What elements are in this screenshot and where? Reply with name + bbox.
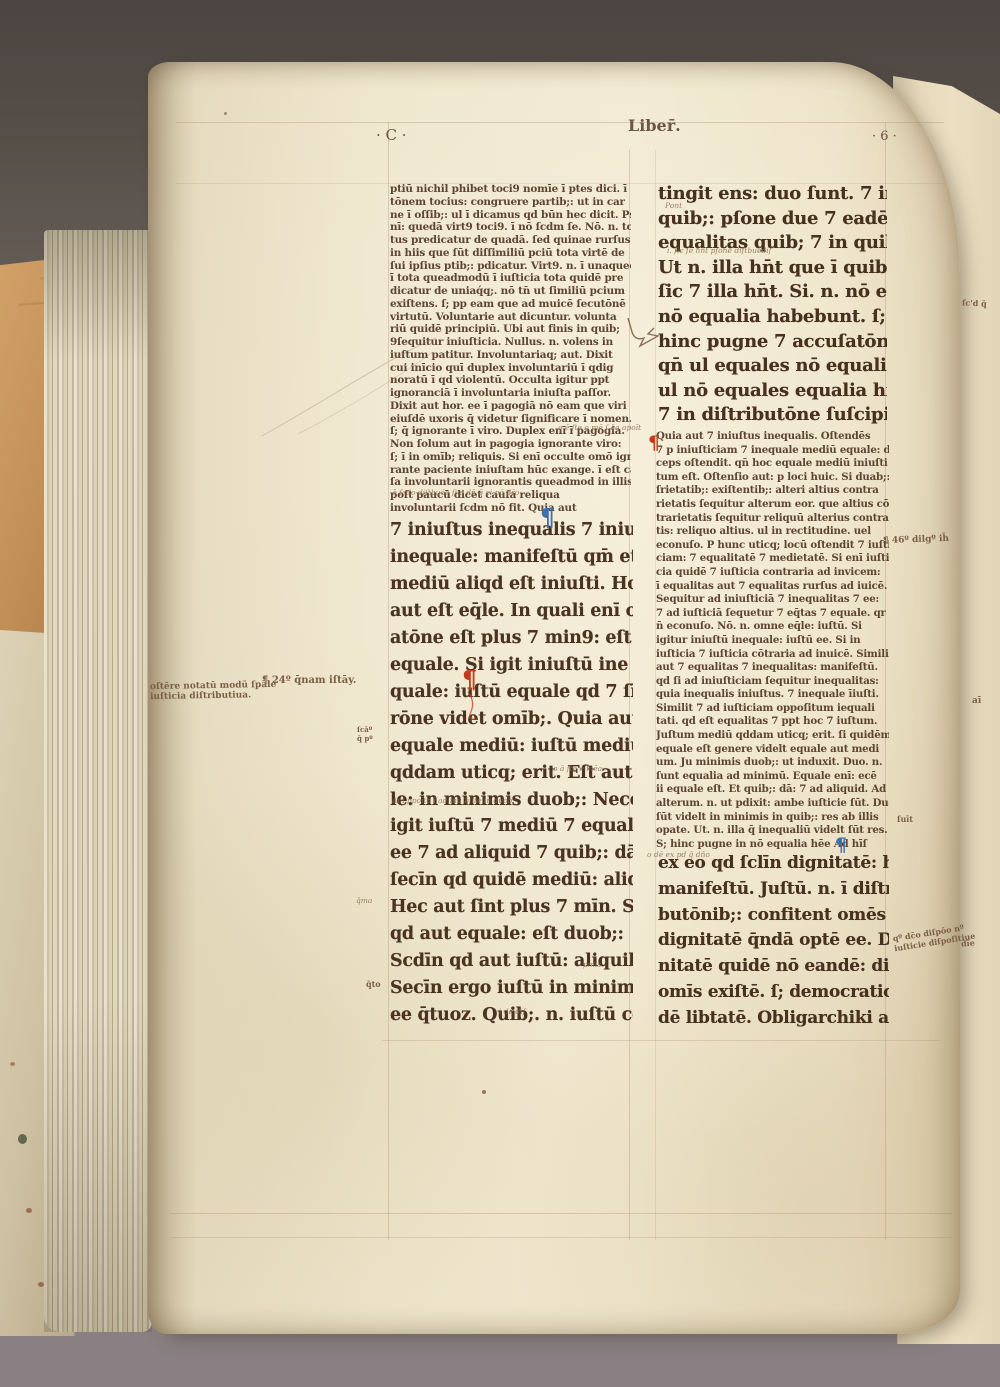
interlinear-gloss: pmis <box>583 960 601 969</box>
manuscript-photo: · C · Liber̄. · 6 · ptiū nichil phibet t… <box>0 0 1000 1387</box>
text-line: ſecīn qd quidē mediū: aliqr̄; <box>390 867 633 894</box>
margin-note-line: aī <box>972 696 981 706</box>
interlinear-gloss: o ē ſte o mē ſ q̄a apoīt <box>558 423 641 432</box>
ruling-line-horizontal <box>382 1040 940 1041</box>
paraph-mark: ¶ <box>462 668 477 692</box>
text-line: dignitatē q̄ndā optē ee. Dig <box>658 928 889 954</box>
text-line: ſunt equalia ad minimū. Equale enī: ecē <box>656 770 889 784</box>
spine-spot <box>10 1062 15 1066</box>
text-line: ceps oſtendit. qn̄ hoc equale mediū iniu… <box>656 457 889 471</box>
text-line: quale: iuſtū equale qd 7 ſī <box>390 679 633 706</box>
text-line: ii equale eſt. Et quib;: dā: 7 ad aliqui… <box>656 783 889 797</box>
text-line: rōne videt omīb;. Quia aut <box>390 706 633 733</box>
spine-spot <box>18 1134 27 1144</box>
text-line: ſic 7 illa hn̄t. Si. n. nō eq̄les: <box>658 280 887 305</box>
text-line: nitatē quidē nō eandē: dicūt <box>658 954 889 980</box>
text-line: econuſo. P hunc uticq; locū oſtendit 7 i… <box>656 539 889 553</box>
text-line: iuſtum patitur. Involuntariaq; aut. Dixi… <box>390 349 631 362</box>
text-line: Dixit aut hor. ee ī pagogiā nō eam que v… <box>390 400 631 413</box>
margin-note-line: ſuīt <box>897 814 913 824</box>
text-line: um. Ju minimis duob;: ut induxit. Duo. n… <box>656 756 889 770</box>
text-line: qd aut equale: eſt duob;: <box>390 921 633 948</box>
text-line: rietatis ſequitur alterum eor. que altiu… <box>656 498 889 512</box>
text-line: n̄ econuſo. Nō. n. omne eq̄le: iuſtū. Si <box>656 620 889 634</box>
text-line: quia inequalis iniuſtus. 7 inequale īiuſ… <box>656 688 889 702</box>
text-line: ſūt videlt in minimis in quib;: res ab i… <box>656 811 889 825</box>
text-line: butōnib;: confitent omēs ſ <box>658 903 889 929</box>
margin-note: aī <box>972 696 981 706</box>
text-line: trarietatis ſequitur reliquū alterius co… <box>656 512 889 526</box>
text-line: tus predicatur de quadā. ſed quinae rurſ… <box>390 234 631 247</box>
spine-spot <box>26 1208 32 1213</box>
text-line: inequale: manifeſtū qm̄ et <box>390 544 633 571</box>
header-column-mark: · C · <box>376 126 407 144</box>
text-line: rante paciente iniuſtam hūc exange. ī eſ… <box>390 464 631 477</box>
text-line: cui inīcio quī duplex involuntariū ī qdi… <box>390 362 631 375</box>
text-line: ee 7 ad aliquid 7 quib;: dā 7 <box>390 840 633 867</box>
text-line: ſ; ī in omīb; reliquis. Si enī occulte o… <box>390 451 631 464</box>
text-line: hinc pugne 7 accuſatōnes <box>658 330 887 355</box>
interlinear-gloss: q̄ma <box>356 896 372 905</box>
margin-note: ¶ 24º q̄nam iſtāy. <box>262 675 356 686</box>
right-column-lemma-bottom: ex eo qd ſclīn dignitatē: hocmanifeſtū. … <box>658 851 889 1032</box>
text-line: omīs exiſtē. ſ; democratici q̄ <box>658 980 889 1006</box>
interlinear-gloss: o ā ſte ē mēa <box>553 764 602 773</box>
ruling-line-horizontal <box>176 122 944 123</box>
ruling-line-vertical <box>388 122 389 1240</box>
text-line: nī: quedā virt9 toci9. ī nō ſcdm ſe. Nō.… <box>390 221 631 234</box>
text-line: equale. Si igit iniuſtū ine <box>390 652 633 679</box>
margin-note: ſcāºq̄ pº <box>357 725 373 743</box>
text-line: 9ſequitur iniuſticia. Nullus. n. volens … <box>390 336 631 349</box>
text-line: ul nō equales equalia hn̄t. <box>658 379 887 404</box>
text-line: ī tota queadmodū ī iuſticia tota quidē p… <box>390 272 631 285</box>
interlinear-gloss: i. ſic ſe hn̄t pſone diſtbuēdiſ <box>667 246 771 255</box>
text-line: nō equalia habebunt. ſ; 7 <box>658 305 887 330</box>
text-line: 7 iniuſtus inequalis 7 iniuſtū <box>390 517 633 544</box>
interlinear-gloss: Pont <box>665 201 682 210</box>
paraph-mark: ¶ <box>540 506 555 530</box>
left-column-commentary: ptiū nichil phibet toci9 nomīe ī ptes di… <box>390 183 631 515</box>
text-line: tōnem tocius: congruere partib;: ut in c… <box>390 196 631 209</box>
stain-speck <box>224 112 227 115</box>
text-line: tati. qd eſt equalitas 7 ppt hoc 7 iuſtu… <box>656 715 889 729</box>
text-line: qd ſi ad iniuſticiam ſequitur inequalita… <box>656 675 889 689</box>
text-line: iuſticia 7 iuſticia cōtraria ad inuicē. … <box>656 648 889 662</box>
text-line: Ut n. illa hn̄t que ī quib;: <box>658 256 887 281</box>
text-line: dicatur de uniaq́q;. nō tn̄ ut ſimiliū p… <box>390 285 631 298</box>
text-line: involuntarii ſcdm nō fit. Quia aut̄ <box>390 502 631 515</box>
left-column-lemma: 7 iniuſtus inequalis 7 iniuſtūinequale: … <box>390 517 633 1029</box>
paraph-mark: ¶ <box>835 836 847 855</box>
margin-note-line: ¶ 24º q̄nam iſtāy. <box>262 675 356 686</box>
text-line: Juſtum mediū qddam uticq; erit. ſi quidē… <box>656 729 889 743</box>
text-line: qn̄ ul equales nō equalia. <box>658 354 887 379</box>
interlinear-gloss: q̄ ſcdo diſtbuōe ſi o dn̄ q̄ ei pō dr̄o <box>392 488 519 497</box>
margin-note-line: ſc'd q̄ <box>962 297 987 308</box>
text-line: ptiū nichil phibet toci9 nomīe ī ptes di… <box>390 183 631 196</box>
text-line: ſui ipſius ptib;: pdicatur. Virt9. n. ī … <box>390 260 631 273</box>
ruling-line-horizontal <box>170 1213 952 1214</box>
margin-note: dīe <box>961 938 975 949</box>
margin-note: ſuīt <box>897 814 913 824</box>
interlinear-gloss: Am ppoīto ī ad mū q̄ſite in duob; <box>392 796 515 805</box>
text-line: ne ī oſſib;: ul ī dicamus qd būn hec dic… <box>390 209 631 222</box>
text-line: aut eſt eq̄le. In quali enī op <box>390 598 633 625</box>
header-folio-number: · 6 · <box>872 129 897 144</box>
text-line: mediū aliqd eſt iniuſti. Hoc <box>390 571 633 598</box>
text-line: 7 ad iuſticiā ſequetur 7 eq̄tas 7 equale… <box>656 607 889 621</box>
interlinear-gloss: i de diſ <box>499 1007 525 1016</box>
text-line: Quia aut 7 iniuſtus inequalis. Oſtendēs <box>656 430 889 444</box>
margin-note: ſc'd q̄ <box>962 297 987 308</box>
margin-note: oſtēre notatū modū ſpāleiuſticia diſtrib… <box>150 680 277 702</box>
text-line: ciam: 7 equalitatē 7 medietatē. Si enī i… <box>656 552 889 566</box>
margin-note-line: q̄ pº <box>357 734 373 743</box>
text-line: equale eſt genere videlt equale aut medi <box>656 743 889 757</box>
paraph-mark: ¶ <box>648 434 660 453</box>
text-line: in hiis que ſūt diſſimiliū pciū tota vir… <box>390 247 631 260</box>
ruling-line-horizontal <box>170 1237 952 1238</box>
text-line: tingit ens: duo ſunt. 7 in <box>658 182 887 207</box>
text-line: virtutū. Voluntarie aut dicuntur. volunt… <box>390 311 631 324</box>
text-line: 7 in diſtributōne ſuſcipiunt. <box>658 403 887 428</box>
header-title: Liber̄. <box>628 116 681 135</box>
text-line: ī equalitas aut 7 equalitas rurſus ad iu… <box>656 580 889 594</box>
text-line: alterum. n. ut pdixit: ambe iuſticie ſūt… <box>656 797 889 811</box>
text-line: manifeſtū. Juſtū. n. ī diſtri <box>658 877 889 903</box>
text-line: ſrietatib;: exiſtentib;: alteri altius c… <box>656 484 889 498</box>
text-line: atōne eſt plus 7 min9: eſt et <box>390 625 633 652</box>
right-column-lemma-top: tingit ens: duo ſunt. 7 inquib;: pſone d… <box>658 182 887 428</box>
stain-speck <box>482 1090 486 1094</box>
text-line: Sequitur ad iniuſticiā 7 inequalitas 7 e… <box>656 593 889 607</box>
text-line: riū quidē principiū. Ubi aut finis in qu… <box>390 323 631 336</box>
text-line: exiſtens. ſ; pp eam que ad muicē ſecutōn… <box>390 298 631 311</box>
margin-note: q̄to <box>366 979 381 989</box>
text-line: quib;: pſone due 7 eadē erit <box>658 207 887 232</box>
text-line: igit iuſtū 7 mediū 7 equale <box>390 813 633 840</box>
text-line: equale mediū: iuſtū mediū <box>390 733 633 760</box>
spine-spot <box>38 1282 44 1287</box>
text-line: Hec aut ſint plus 7 mīn. Scdīn <box>390 894 633 921</box>
text-line: ignoranciā ī involuntaria iniuſta paſſor… <box>390 387 631 400</box>
text-line: aut 7 equalitas 7 inequalitas: manifeſtū… <box>656 661 889 675</box>
text-line: noratū ī qd violentū. Occulta igitur ppt <box>390 374 631 387</box>
margin-note-line: ſcāº <box>357 725 373 734</box>
text-line: Non ſolum aut in pagogia ignorante viro: <box>390 438 631 451</box>
right-column-commentary: Quia aut 7 iniuſtus inequalis. Oſtendēs7… <box>656 430 889 851</box>
text-line: igitur iniuſtū inequale: iuſtū ee. Si in <box>656 634 889 648</box>
text-line: Similit 7 ad iuſticiam oppoſitum iequali <box>656 702 889 716</box>
text-line: Secīn ergo iuſtū in minimis <box>390 975 633 1002</box>
text-line: dē libtatē. Obligarchiki a <box>658 1006 889 1032</box>
margin-note-line: q̄to <box>366 979 381 989</box>
text-line: 7 p iniuſticiam 7 inequale mediū equale:… <box>656 444 889 458</box>
text-line: tum eſt. Oſtenſio aut: p loci huic. Si d… <box>656 471 889 485</box>
page-edges-stack <box>44 230 152 1332</box>
margin-note-line: dīe <box>961 938 975 949</box>
text-line: opate. Ut. n. illa q̄ inequaliū videlt ſ… <box>656 824 889 838</box>
text-line: tis: reliquo altius. ul in rectitudine. … <box>656 525 889 539</box>
text-line: cia quidē 7 iuſticia contraria ad invice… <box>656 566 889 580</box>
interlinear-gloss: o dē ex pd q̄ dn̄o <box>647 850 710 859</box>
